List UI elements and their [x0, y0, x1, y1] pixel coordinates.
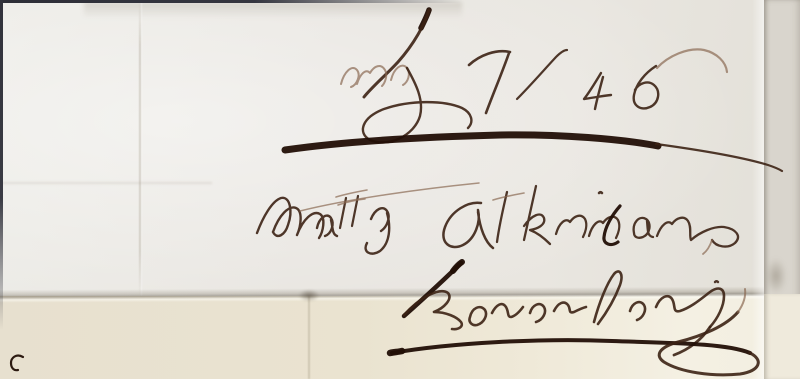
- heavy-underline: [285, 135, 658, 150]
- word-matty: [257, 198, 337, 238]
- numeral-6: [634, 66, 658, 108]
- handwriting-name-line: [257, 183, 738, 282]
- letter-a-atkinson: [443, 203, 493, 248]
- letter-s-thick: [604, 206, 620, 244]
- corner-ink-mark: [11, 356, 23, 371]
- letter-t-atkinson: [497, 192, 507, 242]
- j-ascender: [364, 10, 429, 97]
- handwriting-layer: [0, 0, 800, 379]
- underline-tail: [656, 144, 782, 171]
- final-n-flick: [657, 218, 738, 247]
- letter-y-matty: [366, 208, 390, 253]
- handwriting-place-line: [390, 262, 758, 375]
- letter-k: [524, 186, 550, 244]
- letter-o: [634, 218, 653, 238]
- numeral-4: [584, 73, 611, 109]
- long-t-cross: [300, 183, 479, 211]
- numeral-7: [469, 51, 510, 113]
- letters-ey: [630, 289, 724, 327]
- six-flourish: [657, 49, 727, 72]
- i-dot: [599, 192, 602, 193]
- flourish-tail: [738, 289, 745, 312]
- t-cross-atkinson: [493, 193, 524, 200]
- letters-in: [556, 216, 586, 237]
- ink-speck: [715, 281, 718, 282]
- handwriting-date-line: [285, 10, 782, 171]
- dash-stroke: [517, 50, 567, 99]
- letters-everl: [469, 271, 621, 325]
- letter-scan: Jany 7 - 46 Matty Atkinson Beverley: [0, 0, 800, 379]
- final-flick-tail: [703, 240, 712, 254]
